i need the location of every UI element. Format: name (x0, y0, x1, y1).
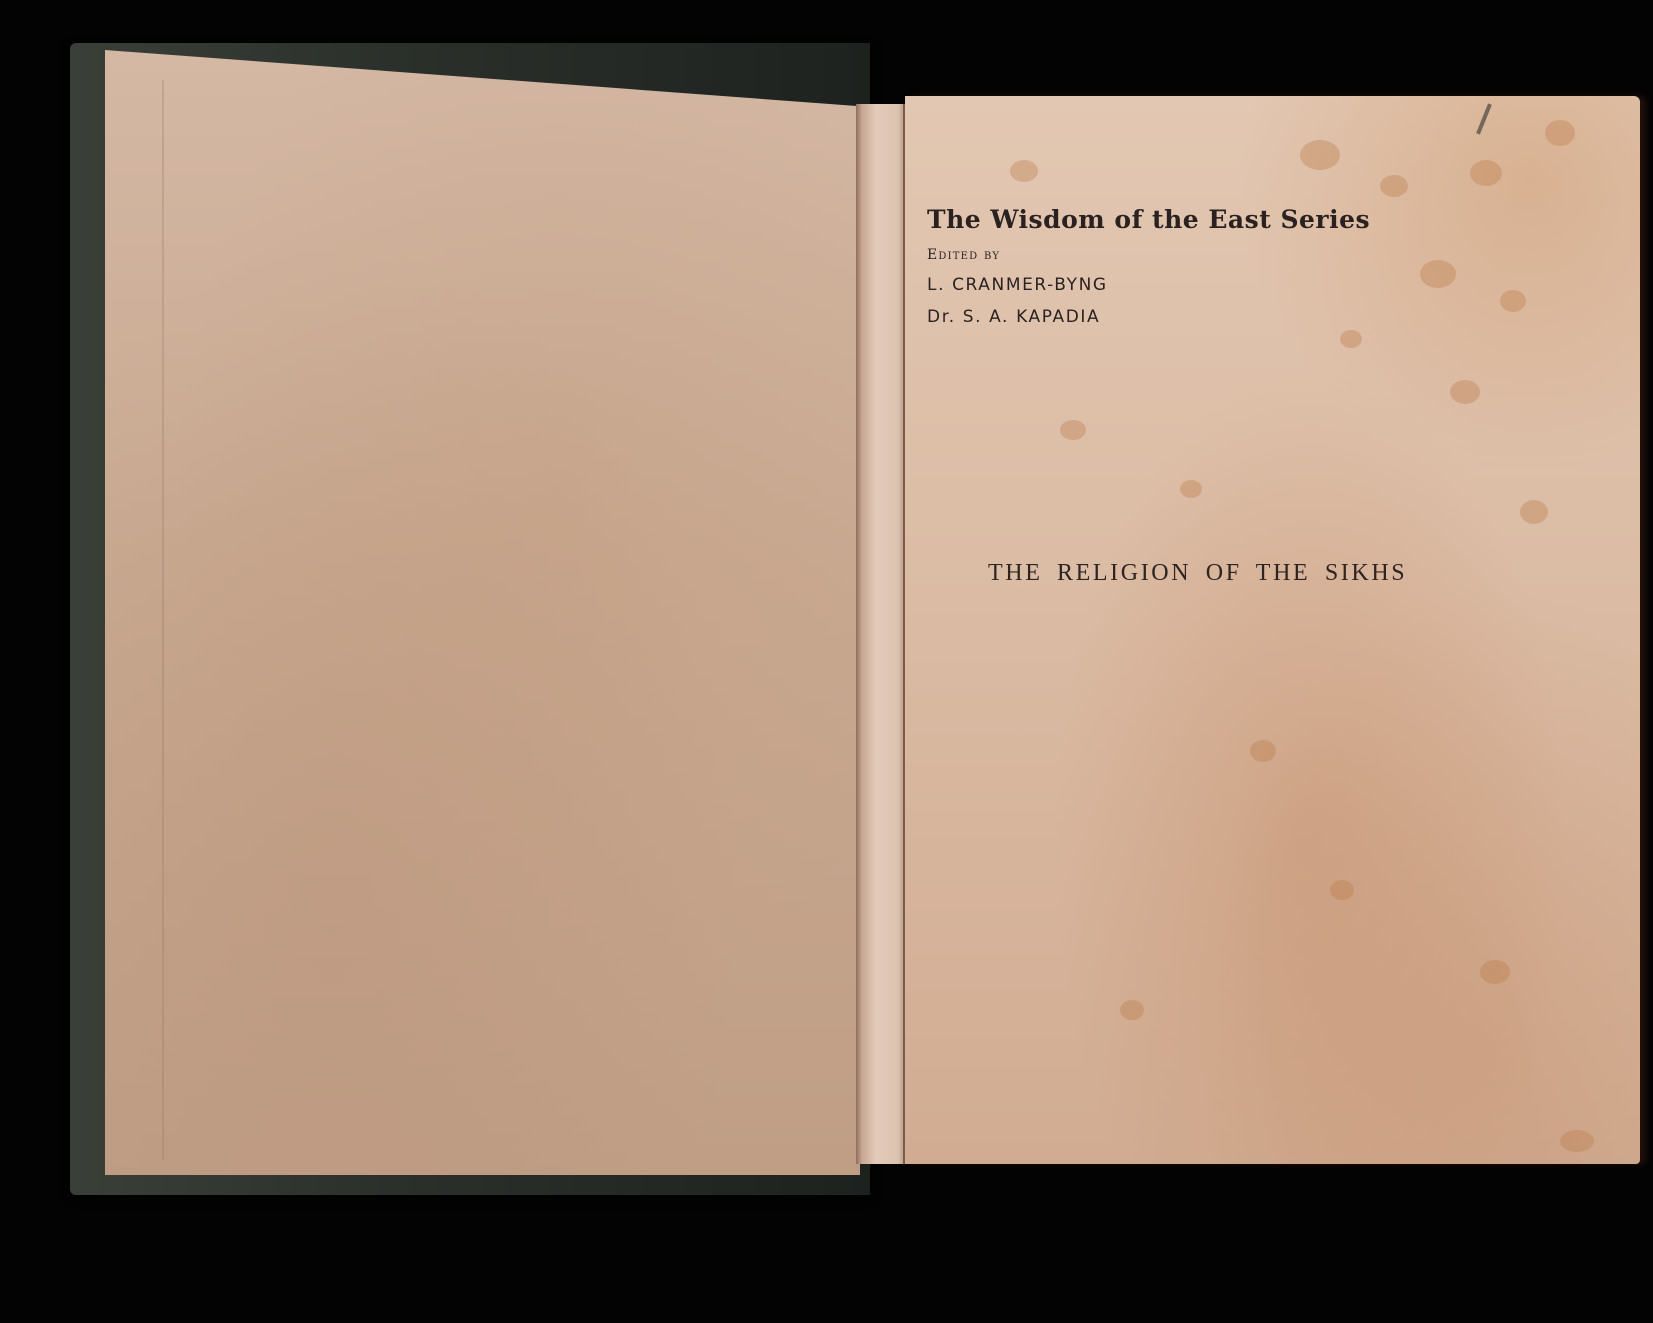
foxing-spot (1120, 1000, 1144, 1020)
foxing-spot (1060, 420, 1086, 440)
foxing-spot (1560, 1130, 1594, 1152)
foxing-spot (1545, 120, 1575, 146)
foxing-spot (1300, 140, 1340, 170)
foxing-spot (1500, 290, 1526, 312)
editor-name: Dr. S. A. KAPADIA (927, 307, 1100, 327)
foxing-spot (1420, 260, 1456, 288)
foxing-spot (1250, 740, 1276, 762)
gutter-fold-line (903, 104, 905, 1164)
edited-by-label: Edited by (927, 247, 1000, 263)
foxing-spot (1520, 500, 1548, 524)
photo-scene: The Wisdom of the East Series Edited by … (0, 0, 1653, 1323)
left-endpaper (105, 50, 860, 1175)
foxing-spot (1010, 160, 1038, 182)
foxing-spot (1180, 480, 1202, 498)
foxing-spot (1340, 330, 1362, 348)
foxing-spot (1380, 175, 1408, 197)
foxing-spot (1470, 160, 1502, 186)
foxing-spot (1450, 380, 1480, 404)
foxing-spot (1330, 880, 1354, 900)
book-title: THE RELIGION OF THE SIKHS (988, 560, 1407, 587)
series-title: The Wisdom of the East Series (927, 205, 1370, 234)
book-gutter (856, 104, 906, 1164)
endpaper-crease (162, 80, 164, 1160)
foxing-spot (1480, 960, 1510, 984)
editor-name: L. CRANMER-BYNG (927, 275, 1108, 295)
right-title-page (905, 96, 1640, 1164)
